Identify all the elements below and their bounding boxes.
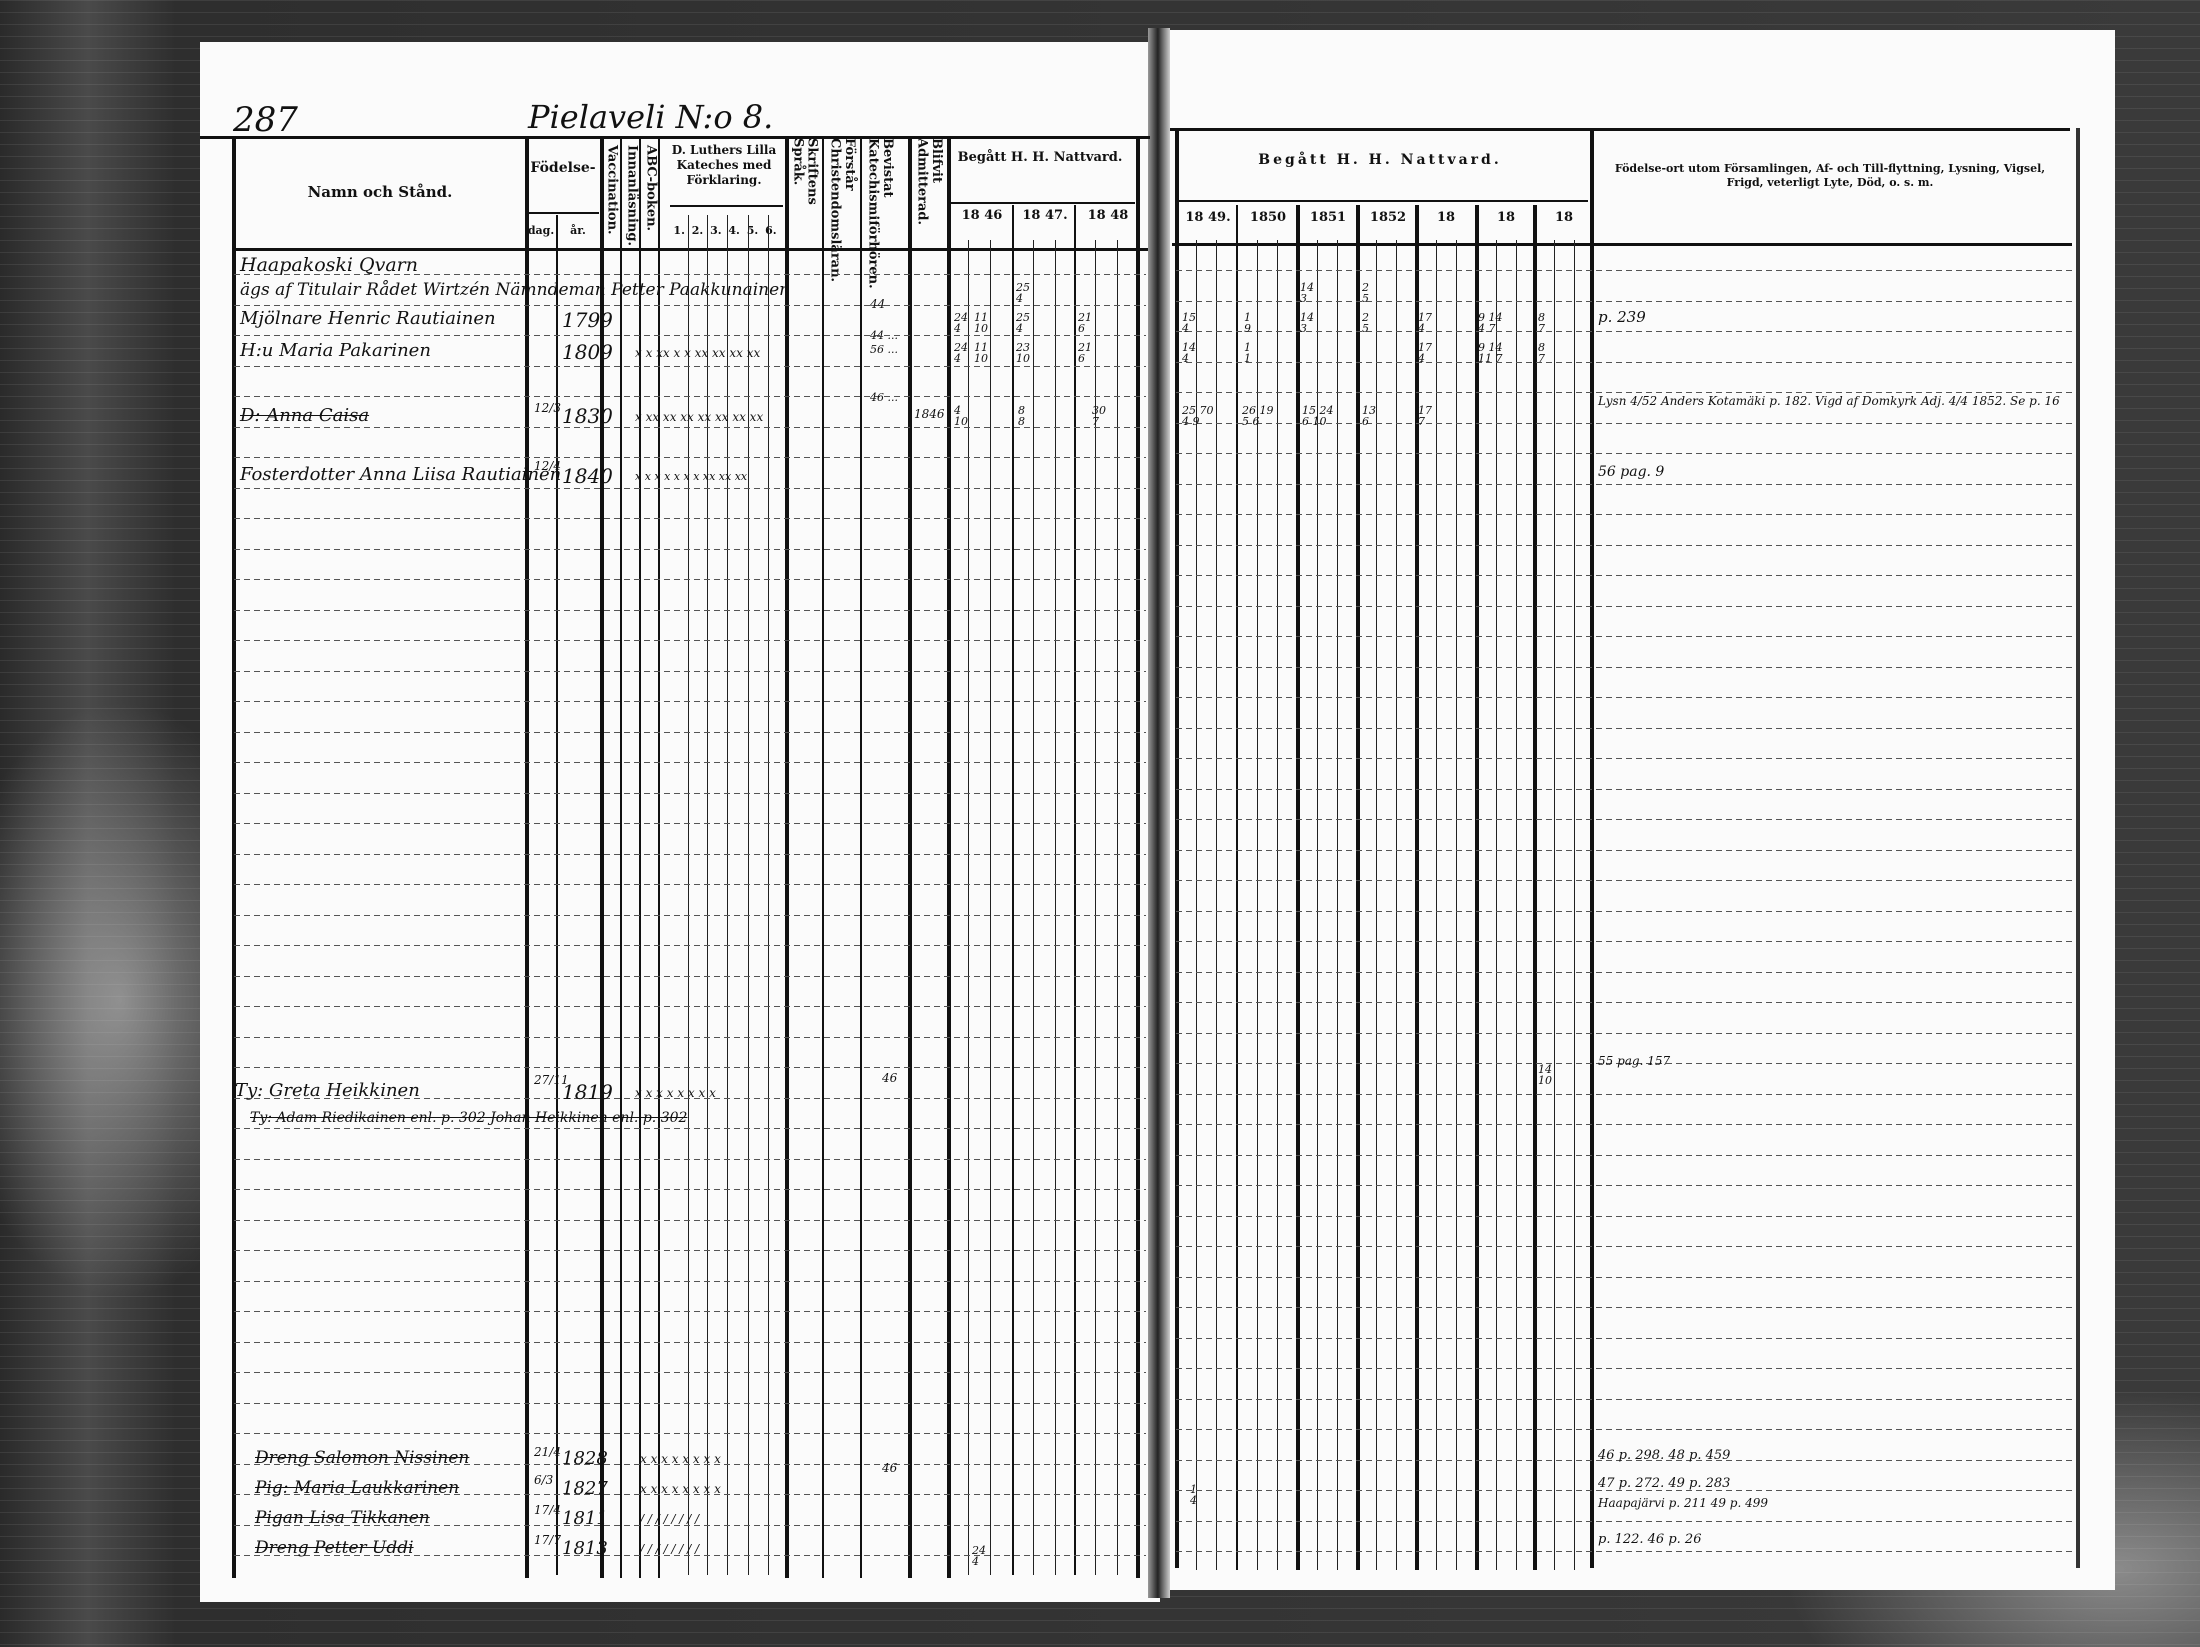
exam-note: 46 (882, 1462, 897, 1474)
remark: p. 239 (1598, 308, 1646, 326)
column-divider (1257, 240, 1258, 1570)
entry-birth-day: 21/4 (534, 1446, 561, 1458)
communion-mark: 87 (1538, 312, 1545, 334)
page-edge-rule (2076, 128, 2080, 1568)
row-rule (1176, 880, 2076, 881)
entry-birth-year: 1830 (562, 404, 613, 428)
row-rule (1176, 575, 2076, 576)
entry-marks: / / / / / / / / (640, 1542, 699, 1556)
row-rule (234, 701, 1146, 702)
row-rule (1176, 1124, 2076, 1125)
column-divider (1095, 240, 1096, 1575)
row-rule (1176, 362, 2076, 363)
row-rule (1176, 1185, 2076, 1186)
header-year: 1852 (1360, 210, 1416, 226)
row-rule (1176, 1368, 2076, 1369)
column-divider (1590, 128, 1594, 1568)
header-year: 18 47. (1015, 208, 1075, 224)
catechism-part: 4. (728, 224, 739, 238)
communion-mark: 25 704 9 (1182, 405, 1214, 427)
communion-mark: 9 1411 7 (1478, 342, 1503, 364)
communion-mark: 216 (1078, 312, 1092, 334)
communion-mark: 177 (1418, 405, 1432, 427)
row-rule (1176, 819, 2076, 820)
column-divider (990, 240, 991, 1575)
entry-marks: x x x x x x x x (640, 1452, 721, 1466)
row-rule (234, 488, 1146, 489)
row-rule (1176, 758, 2076, 759)
column-divider (1533, 205, 1537, 1570)
column-divider (620, 138, 622, 1578)
communion-mark: 19 (1244, 312, 1251, 334)
row-rule (1176, 1521, 2076, 1522)
entry-name: Mjölnare Henric Rautiainen (240, 308, 496, 329)
communion-mark: 11 (1244, 342, 1251, 364)
communion-mark: 410 (954, 405, 968, 427)
row-rule (234, 945, 1146, 946)
communion-mark: 26 195 6 (1242, 405, 1274, 427)
row-rule (234, 732, 1146, 733)
communion-mark: 244 (954, 342, 968, 364)
communion-mark: 143 (1300, 312, 1314, 334)
row-rule (234, 854, 1146, 855)
row-rule (234, 915, 1146, 916)
communion-mark: 136 (1362, 405, 1376, 427)
header-subrule (1178, 200, 1588, 202)
header-understands-doctrine: Förstår Christendomsläran. (826, 138, 856, 248)
header-year: 1851 (1300, 210, 1356, 226)
header-catechism-parts: 1. 2. 3. 4. 5. 6. (670, 224, 780, 238)
row-rule (234, 305, 1146, 306)
remark: Haapajärvi p. 211 49 p. 499 (1598, 1496, 1768, 1510)
column-divider (232, 138, 236, 1578)
remark: 55 pag. 157 (1598, 1054, 1670, 1068)
entry-name: Fosterdotter Anna Liisa Rautiainen (240, 464, 561, 485)
row-rule (234, 366, 1146, 367)
admitted-year: 1846 (914, 408, 945, 420)
row-rule (234, 610, 1146, 611)
row-rule (1176, 1246, 2076, 1247)
communion-mark: 15 246 10 (1302, 405, 1334, 427)
remark: 46 p. 298. 48 p. 459 (1598, 1448, 1730, 1463)
column-divider (1396, 240, 1397, 1570)
header-scripture: Skriftens Språk. (790, 138, 819, 248)
entry-birth-year: 1819 (562, 1080, 613, 1104)
row-rule (1176, 1429, 2076, 1430)
header-vaccination: Vaccination. (604, 145, 618, 245)
column-divider (768, 215, 769, 1575)
column-divider (968, 240, 969, 1575)
communion-mark: 174 (1418, 342, 1432, 364)
header-communion-right: Begått H. H. Nattvard. (1180, 152, 1580, 170)
row-rule (234, 396, 1146, 397)
header-subrule (670, 205, 783, 207)
entry-name: Dreng Salomon Nissinen (255, 1448, 469, 1468)
column-divider (525, 138, 529, 1578)
column-divider (1236, 205, 1238, 1570)
row-rule (1176, 911, 2076, 912)
row-rule (234, 1281, 1146, 1282)
column-divider (1175, 128, 1179, 1568)
row-rule (1176, 392, 2076, 393)
page-number: 287 (233, 100, 298, 140)
column-divider (860, 138, 862, 1578)
header-name-and-status: Namn och Stånd. (240, 183, 520, 202)
entry-birth-day: 17/7 (534, 1534, 561, 1546)
entry-marks: x xx xx xx xx xx xx xx (635, 410, 763, 424)
row-rule (234, 823, 1146, 824)
row-rule (234, 1372, 1146, 1373)
column-divider (1277, 240, 1278, 1570)
communion-mark: 2310 (1016, 342, 1030, 364)
row-rule (234, 1250, 1146, 1251)
communion-mark: 9 144 7 (1478, 312, 1503, 334)
header-year: 18 (1478, 210, 1534, 226)
entry-birth-year: 1799 (562, 308, 613, 332)
exam-note: 56 ... (870, 344, 898, 355)
row-rule (234, 549, 1146, 550)
entry-birth-day: 6/3 (534, 1474, 553, 1486)
communion-mark: 254 (1016, 282, 1030, 304)
column-divider (1033, 240, 1034, 1575)
row-rule (1176, 545, 2076, 546)
entry-name: D: Anna Caisa (240, 405, 369, 426)
row-rule (234, 457, 1146, 458)
column-divider (822, 138, 824, 1578)
header-subrule (950, 202, 1135, 204)
row-rule (1176, 1399, 2076, 1400)
row-rule (1176, 636, 2076, 637)
row-rule (234, 884, 1146, 885)
row-rule (1176, 606, 2076, 607)
row-rule (1176, 1216, 2076, 1217)
entry-birth-day: 12/4 (534, 460, 561, 472)
header-year: 18 48 (1078, 208, 1138, 224)
row-rule (234, 1342, 1146, 1343)
communion-mark: 144 (1182, 342, 1196, 364)
row-rule (234, 427, 1146, 428)
column-divider (1074, 205, 1076, 1575)
header-remarks: Födelse-ort utom Församlingen, Af- och T… (1610, 162, 2050, 190)
row-rule (1176, 697, 2076, 698)
header-year: 18 (1536, 210, 1592, 226)
column-divider (1055, 240, 1056, 1575)
entry-birth-day: 17/4 (534, 1504, 561, 1516)
column-divider (1456, 240, 1457, 1570)
communion-mark: 154 (1182, 312, 1196, 334)
column-divider (1117, 240, 1118, 1575)
row-rule (1176, 728, 2076, 729)
exam-note: 44 (870, 298, 885, 310)
column-divider (947, 138, 951, 1578)
column-divider (1356, 205, 1360, 1570)
remark: Lysn 4/52 Anders Kotamäki p. 182. Vigd a… (1598, 394, 2068, 408)
entry-birth-year: 1827 (562, 1478, 608, 1499)
header-catechism: D. Luthers Lilla Kateches med Förklaring… (668, 143, 780, 188)
column-divider (1317, 240, 1318, 1570)
row-rule (234, 1159, 1146, 1160)
row-rule (234, 1311, 1146, 1312)
exam-note: 44 ... (870, 330, 898, 341)
column-divider (908, 138, 912, 1578)
exam-note: 46 (882, 1072, 897, 1084)
header-year: 1850 (1240, 210, 1296, 226)
communion-mark: 1110 (974, 342, 988, 364)
row-rule (234, 640, 1146, 641)
row-rule (1176, 789, 2076, 790)
row-rule (1176, 850, 2076, 851)
catechism-part: 6. (765, 224, 776, 238)
column-divider (1216, 240, 1217, 1570)
header-bottom-rule (232, 248, 1148, 251)
row-rule (1176, 972, 2076, 973)
entry-name: Pig: Maria Laukkarinen (255, 1478, 459, 1498)
communion-mark: 254 (1016, 312, 1030, 334)
header-abc-book: ABC-boken. (643, 145, 657, 245)
header-subrule (527, 212, 599, 214)
communion-mark: 88 (1018, 405, 1025, 427)
remark: 56 pag. 9 (1598, 464, 1664, 480)
row-rule (234, 1403, 1146, 1404)
entry-birth-year: 1840 (562, 464, 613, 488)
communion-mark: 244 (954, 312, 968, 334)
header-admitted: Blifvit Admitterad. (913, 138, 943, 248)
header-year: 18 (1418, 210, 1474, 226)
entry-marks: / / / / / / / / (640, 1512, 699, 1526)
row-rule (234, 671, 1146, 672)
entry-birth-year: 1809 (562, 340, 613, 364)
column-divider (1136, 138, 1140, 1578)
communion-mark: 307 (1092, 405, 1106, 427)
row-rule (234, 335, 1146, 336)
entry-marks: x x xx x x xx xx xx xx (635, 346, 760, 360)
header-birth: Födelse- (528, 160, 598, 178)
row-rule (234, 1189, 1146, 1190)
row-rule (1176, 1338, 2076, 1339)
book-gutter (1148, 28, 1170, 1598)
row-rule (1176, 1002, 2076, 1003)
row-rule (234, 1037, 1146, 1038)
row-rule (1176, 1307, 2076, 1308)
entry-name: ägs af Titulair Rådet Wirtzén Nämndeman … (240, 280, 840, 300)
entry-birth-year: 1813 (562, 1538, 608, 1559)
communion-mark: 216 (1078, 342, 1092, 364)
communion-mark: 1110 (974, 312, 988, 334)
column-divider (1574, 240, 1575, 1570)
row-rule (1176, 484, 2076, 485)
communion-mark: 25 (1362, 282, 1369, 304)
row-rule (234, 579, 1146, 580)
row-rule (1176, 941, 2076, 942)
column-divider (1436, 240, 1437, 1570)
entry-marks: x x x x x x x x (640, 1482, 721, 1496)
entry-birth-day: 12/3 (534, 402, 561, 414)
column-divider (556, 215, 558, 1575)
communion-mark: 14 (1190, 1484, 1197, 1506)
header-birth-day: dag. (527, 224, 555, 238)
row-rule (1176, 453, 2076, 454)
header-communion: Begått H. H. Nattvard. (950, 150, 1130, 166)
location-title: Pielaveli N:o 8. (528, 98, 773, 136)
entry-name: Dreng Petter Uddi (255, 1538, 414, 1558)
entry-name: Ty: Greta Heikkinen (235, 1080, 420, 1101)
column-divider (1012, 205, 1014, 1575)
header-birth-year: år. (560, 224, 596, 238)
entry-name: Pigan Lisa Tikkanen (255, 1508, 430, 1528)
header-year: 18 49. (1180, 210, 1236, 226)
communion-mark: 1410 (1538, 1064, 1552, 1086)
communion-mark: 174 (1418, 312, 1432, 334)
row-rule (234, 976, 1146, 977)
row-rule (1176, 1277, 2076, 1278)
header-bottom-rule-right (1172, 243, 2072, 246)
entry-name: H:u Maria Pakarinen (240, 340, 431, 361)
column-divider (785, 138, 789, 1578)
column-divider (1337, 240, 1338, 1570)
row-rule (234, 793, 1146, 794)
column-divider (1554, 240, 1555, 1570)
header-year: 18 46 (952, 208, 1012, 224)
communion-mark: 25 (1362, 312, 1369, 334)
entry-birth-year: 1811 (562, 1508, 608, 1529)
row-rule (234, 1006, 1146, 1007)
header-reading: Innanläsning. (624, 145, 638, 245)
header-top-rule (200, 136, 1150, 139)
row-rule (234, 1128, 1146, 1129)
row-rule (1176, 1094, 2076, 1095)
exam-note: 46 ... (870, 392, 898, 403)
row-rule (234, 1433, 1146, 1434)
row-rule (1176, 514, 2076, 515)
header-attended-exam: Bevistat Katechismiförhören. (864, 138, 894, 248)
communion-mark: 244 (972, 1545, 986, 1567)
header-top-rule-right (1170, 128, 2070, 131)
row-rule (1176, 667, 2076, 668)
row-rule (234, 518, 1146, 519)
entry-birth-year: 1828 (562, 1448, 608, 1469)
row-rule (234, 1067, 1146, 1068)
entry-marks: x x x x x x x x (635, 1086, 716, 1100)
row-rule (1176, 1033, 2076, 1034)
right-page (1160, 30, 2115, 1590)
column-divider (1516, 240, 1517, 1570)
row-rule (1176, 1155, 2076, 1156)
row-rule (234, 1220, 1146, 1221)
communion-mark: 87 (1538, 342, 1545, 364)
entry-name: Ty: Adam Riedikainen enl. p. 302 Johan H… (250, 1110, 850, 1126)
column-divider (1496, 240, 1497, 1570)
entry-name: Haapakoski Qvarn (240, 254, 418, 276)
row-rule (1176, 270, 2076, 271)
left-page (200, 42, 1160, 1602)
catechism-part: 3. (710, 224, 721, 238)
column-divider (1376, 240, 1377, 1570)
row-rule (1176, 1551, 2076, 1552)
row-rule (234, 762, 1146, 763)
catechism-part: 2. (692, 224, 703, 238)
column-divider (1196, 240, 1197, 1570)
catechism-part: 1. (673, 224, 684, 238)
column-divider (1296, 205, 1300, 1570)
remark: p. 122. 46 p. 26 (1598, 1532, 1701, 1547)
communion-mark: 143 (1300, 282, 1314, 304)
remark: 47 p. 272. 49 p. 283 (1598, 1476, 1730, 1491)
column-divider (1475, 205, 1479, 1570)
entry-marks: x x x x x x x xx xx xx (635, 470, 747, 483)
